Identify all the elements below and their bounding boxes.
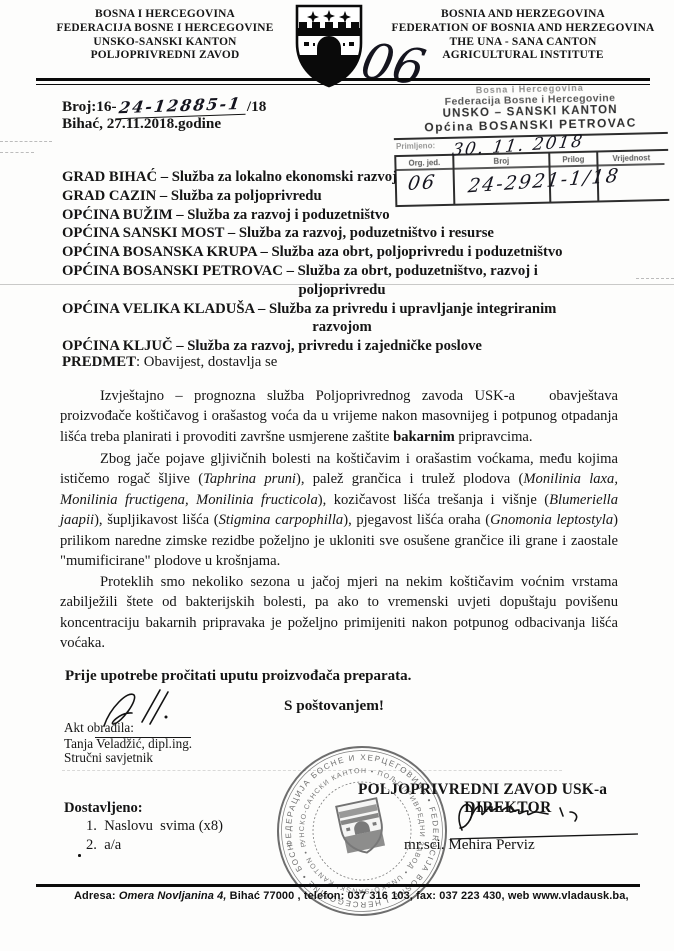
scan-fold-line bbox=[0, 284, 674, 285]
recipient-line: OPĆINA BOSANSKI PETROVAC – Služba za obr… bbox=[62, 262, 622, 281]
letterhead-line: AGRICULTURAL INSTITUTE bbox=[382, 49, 664, 63]
text-segment: ), palež grančica i trulež plodova ( bbox=[296, 471, 523, 487]
text-segment: 037 316 103, bbox=[348, 890, 417, 902]
text-segment: fax: 037 223 430, bbox=[416, 890, 508, 902]
letterhead-line: THE UNA - SANA CANTON bbox=[382, 36, 664, 50]
distribution-item: 1. Naslovu svima (x8) bbox=[86, 817, 223, 836]
text-segment: Gnomonia leptostyla bbox=[490, 512, 613, 528]
subject-line: PREDMET: Obavijest, dostavlja se bbox=[62, 354, 277, 371]
distribution-items: 1. Naslovu svima (x8)2. a/a bbox=[64, 817, 223, 855]
body-paragraph-1: Izvještajno – prognozna služba Poljopriv… bbox=[60, 386, 618, 447]
recipient-line: OPĆINA BUŽIM – Služba za razvoj i poduze… bbox=[62, 206, 622, 225]
letterhead-line: FEDERATION OF BOSNIA AND HERZEGOVINA bbox=[382, 22, 664, 36]
received-label: Primljeno: bbox=[396, 141, 435, 151]
recipient-line: OPĆINA SANSKI MOST – Služba za razvoj, p… bbox=[62, 224, 622, 243]
text-segment: ), kozičavost lišća trešanja i višnje ( bbox=[318, 492, 549, 508]
letterhead-bosnian: BOSNA I HERCEGOVINA FEDERACIJA BOSNE I H… bbox=[30, 8, 300, 63]
footer-address: Adresa: Omera Novljanina 4, Bihać 77000 … bbox=[74, 890, 654, 902]
text-segment: Stigmina carpophilla bbox=[219, 512, 344, 528]
body-paragraph-3: Proteklih smo nekoliko sezona u jačoj mj… bbox=[60, 572, 618, 654]
body-paragraph-2: Zbog jače pojave gljivičnih bolesti na k… bbox=[60, 449, 618, 571]
text-segment: Taphrina pruni bbox=[203, 471, 296, 487]
letterhead-line: BOSNIA AND HERZEGOVINA bbox=[382, 8, 664, 22]
scan-mark bbox=[0, 152, 34, 153]
footer-divider bbox=[36, 884, 640, 887]
letterhead-english: BOSNIA AND HERZEGOVINA FEDERATION OF BOS… bbox=[382, 8, 664, 63]
distribution-block: Dostavljeno: 1. Naslovu svima (x8)2. a/a bbox=[64, 800, 223, 855]
text-segment: ), pjegavost lišća oraha ( bbox=[343, 512, 490, 528]
recipient-line: OPĆINA VELIKA KLADUŠA – Služba za privre… bbox=[62, 300, 622, 319]
letterhead-line: BOSNA I HERCEGOVINA bbox=[30, 8, 300, 22]
place-and-date: Bihać, 27.11.2018.godine bbox=[62, 115, 221, 133]
stamp-col-header: Vrijednost bbox=[598, 151, 664, 166]
prepared-by-title: Stručni savjetnik bbox=[64, 750, 153, 766]
letterhead-line: UNSKO-SANSKI KANTON bbox=[30, 36, 300, 50]
reference-prefix: Broj:16- bbox=[62, 98, 117, 115]
scan-mark bbox=[0, 141, 52, 142]
recipient-line: OPĆINA BOSANSKA KRUPA – Služba aza obrt,… bbox=[62, 243, 622, 262]
letterhead-line: FEDERACIJA BOSNE I HERCEGOVINE bbox=[30, 22, 300, 36]
distribution-label: Dostavljeno: bbox=[64, 800, 223, 817]
text-segment: ), šupljikavost lišća ( bbox=[94, 512, 219, 528]
subject-label: PREDMET bbox=[62, 354, 136, 370]
text-segment: Izvještajno – prognozna služba Poljopriv… bbox=[60, 388, 618, 445]
text-segment: web www.vladausk.ba, bbox=[508, 890, 629, 902]
text-segment: , telefon: bbox=[298, 890, 348, 902]
reference-suffix: /18 bbox=[247, 98, 266, 115]
recipient-list: GRAD BIHAĆ – Služba za lokalno ekonomski… bbox=[62, 168, 622, 356]
text-segment: Bihać 77000 bbox=[230, 890, 298, 902]
recipient-line: GRAD CAZIN – Služba za poljoprivredu bbox=[62, 187, 622, 206]
recipient-line-continuation: razvojom bbox=[62, 318, 622, 337]
letterhead-line: POLJOPRIVREDNI ZAVOD bbox=[30, 49, 300, 63]
document-page: BOSNA I HERCEGOVINA FEDERACIJA BOSNE I H… bbox=[0, 0, 674, 951]
scan-mark bbox=[62, 770, 562, 771]
emphasis-line: Prije upotrebe pročitati uputu proizvođa… bbox=[65, 668, 411, 685]
salutation: S poštovanjem! bbox=[284, 697, 384, 715]
text-segment: bakarnim bbox=[393, 429, 455, 445]
stamp-col-header: Prilog bbox=[550, 153, 596, 168]
recipient-line: GRAD BIHAĆ – Služba za lokalno ekonomski… bbox=[62, 168, 622, 187]
coat-of-arms-icon bbox=[291, 3, 367, 89]
text-segment: pripravcima. bbox=[455, 429, 533, 445]
scan-mark bbox=[636, 278, 674, 279]
stray-ink-dot bbox=[78, 854, 81, 857]
distribution-item: 2. a/a bbox=[86, 836, 223, 855]
prepared-by-signature bbox=[96, 684, 192, 734]
text-segment: Omera Novljanina 4, bbox=[119, 890, 230, 902]
signatory-name: mr.sci. Mehira Perviz bbox=[404, 836, 535, 854]
text-segment: Adresa: bbox=[74, 890, 119, 902]
subject-text: : Obavijest, dostavlja se bbox=[136, 354, 277, 370]
reference-number: Broj:16-24-12885-1/18 bbox=[62, 96, 266, 117]
text-segment: Proteklih smo nekoliko sezona u jačoj mj… bbox=[60, 574, 618, 651]
